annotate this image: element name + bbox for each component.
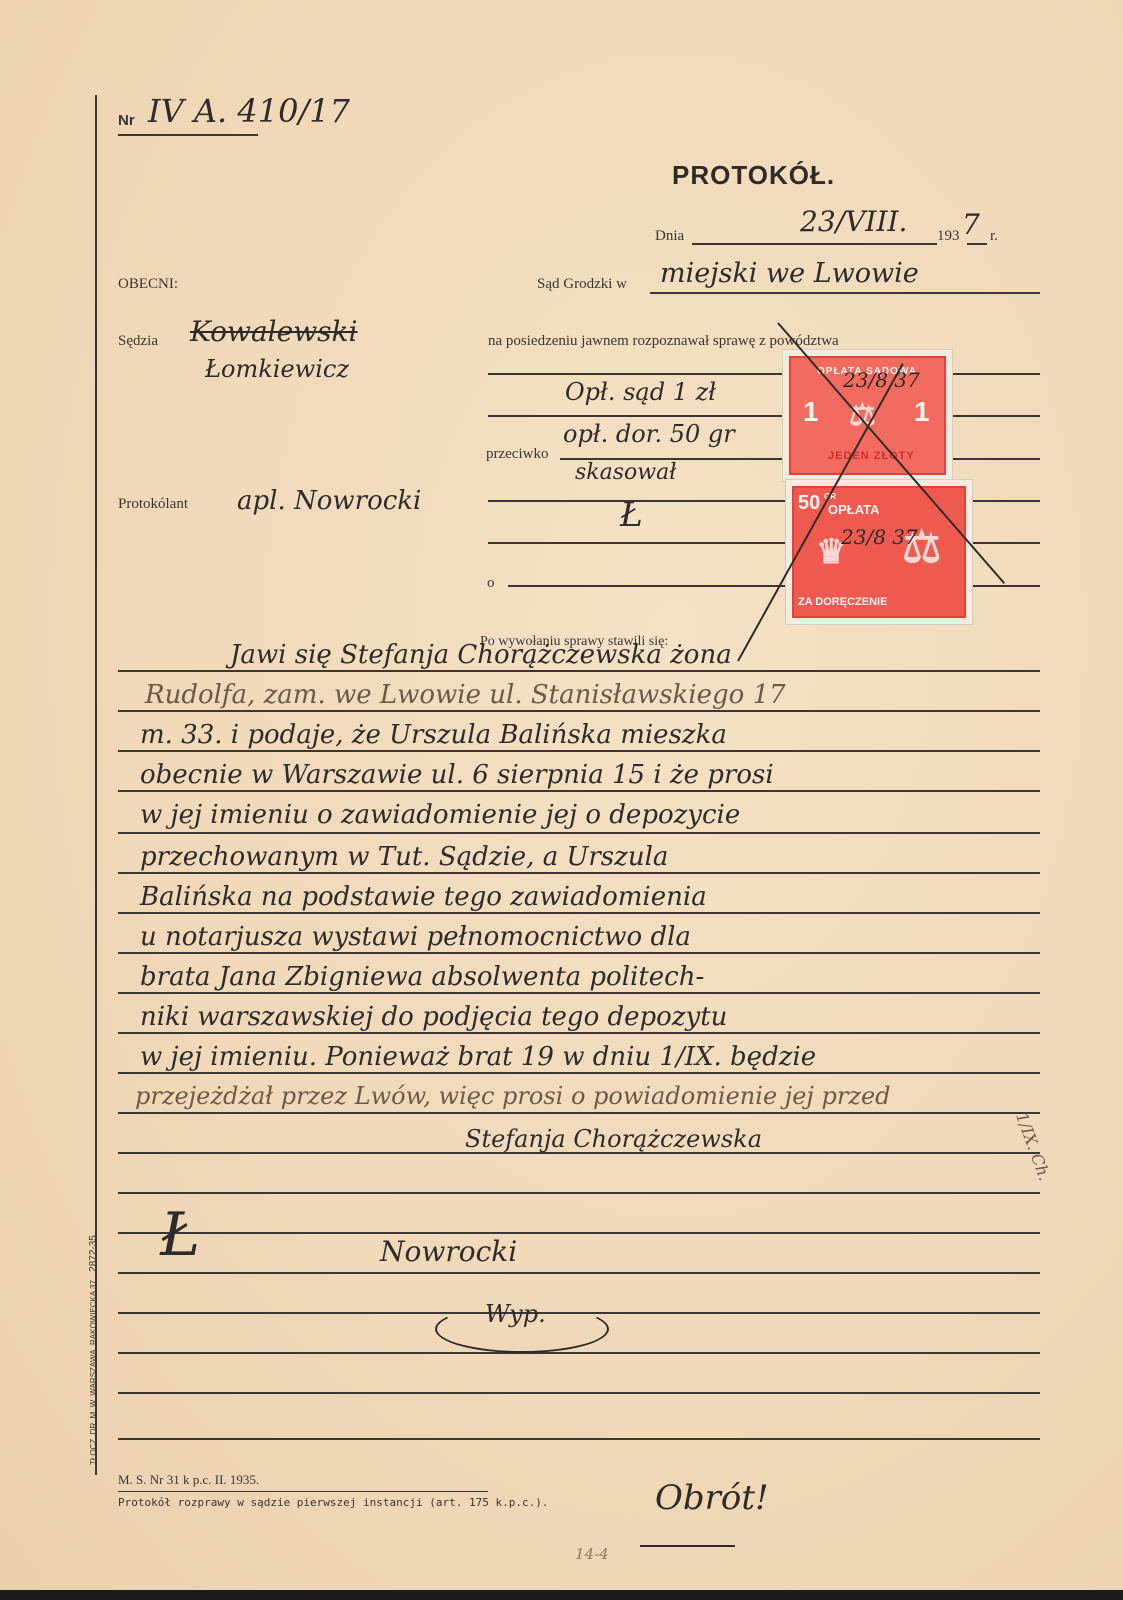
present-label: OBECNI: [118, 276, 178, 293]
fee-note-2: opł. dor. 50 gr [563, 420, 735, 448]
body-line: obecnie w Warszawie ul. 6 sierpnia 15 i … [140, 760, 774, 790]
rule-line [118, 832, 1040, 834]
case-number-underline [118, 134, 258, 136]
rule-line [118, 750, 1040, 752]
court-value: miejski we Lwowie [660, 258, 919, 289]
pencil-note: 14-4 [575, 1545, 609, 1563]
stamp-denomination-right: 1 [914, 396, 930, 428]
body-line: Jawi się Stefanja Chorążczewska żona [230, 640, 732, 670]
rule-line [118, 1438, 1040, 1440]
form-description: Protokół rozprawy w sądzie pierwszej ins… [118, 1496, 548, 1509]
judge-value: Łomkiewicz [205, 355, 349, 383]
form-code: M. S. Nr 31 k p.c. II. 1935. [118, 1472, 259, 1488]
closing-note-underline [640, 1545, 735, 1547]
document-page: Nr IV A. 410/17 PROTOKÓŁ. Dnia 23/VIII. … [0, 0, 1123, 1590]
page-title: PROTOKÓŁ. [672, 160, 835, 191]
body-line: w jej imieniu o zawiadomienie jej o depo… [140, 800, 740, 830]
rule-line [118, 1192, 1040, 1194]
stamp-cancel-mark: 23/8 37 [843, 368, 920, 392]
judge-initials-top: Ł [620, 495, 643, 535]
plaintiff-line-2 [488, 415, 1040, 417]
rule-line [118, 1272, 1040, 1274]
court-fee-stamp-1zl: OPŁATA SĄDOWA 1 1 JEDEN ZŁOTY ⚖ 23/8 37 [783, 350, 952, 481]
clerk-label: Protokólant [118, 496, 188, 513]
case-number-value: IV A. 410/17 [148, 92, 350, 130]
body-line: m. 33. i podaje, że Urszula Balińska mie… [140, 720, 727, 750]
wyp-mark: Wyp. [485, 1300, 546, 1328]
body-line: brata Jana Zbigniewa absolwenta politech… [140, 962, 704, 992]
body-line: u notarjusza wystawi pełnomocnictwo dla [140, 922, 691, 952]
rule-line [118, 1032, 1040, 1034]
session-text: na posiedzeniu jawnem rozpoznawał sprawę… [488, 333, 839, 350]
judge-label: Sędzia [118, 333, 158, 350]
rule-line [118, 670, 1040, 672]
body-line: przejeżdżał przez Lwów, więc prosi o pow… [135, 1082, 891, 1110]
court-label: Sąd Grodzki w [537, 276, 627, 293]
fee-note-3: skasował [575, 460, 676, 485]
rule-line [118, 1352, 1040, 1354]
year-prefix: 193 [937, 228, 960, 245]
date-value: 23/VIII. [800, 205, 907, 238]
body-line: Rudolfa, zam. we Lwowie ul. Stanisławski… [145, 680, 786, 710]
against-label: przeciwko [486, 446, 548, 463]
rule-line [118, 992, 1040, 994]
year-abbr: r. [990, 228, 998, 245]
rule-line [118, 1112, 1040, 1114]
judge-signature: Ł [160, 1200, 200, 1270]
rule-line [118, 710, 1040, 712]
applicant-signature: Stefanja Chorążczewska [465, 1125, 762, 1153]
date-line [692, 243, 937, 245]
rule-line [118, 1392, 1040, 1394]
court-line [650, 292, 1040, 294]
clerk-signature: Nowrocki [380, 1235, 517, 1268]
form-code-rule [118, 1491, 488, 1492]
year-suffix: 7 [962, 208, 980, 241]
rule-line [118, 872, 1040, 874]
rule-line [118, 1072, 1040, 1074]
plaintiff-line-1 [488, 373, 1040, 375]
rule-line [118, 912, 1040, 914]
about-label: o [487, 575, 495, 592]
rule-line [118, 952, 1040, 954]
rule-line [118, 790, 1040, 792]
body-line: niki warszawskiej do podjęcia tego depoz… [140, 1002, 727, 1032]
fee-note-1: Opł. sąd 1 zł [565, 378, 716, 406]
judge-struck: Kowalewski [190, 315, 357, 348]
clerk-value: apl. Nowrocki [237, 486, 421, 516]
case-number-label: Nr [118, 112, 135, 129]
body-line: w jej imieniu. Ponieważ brat 19 w dniu 1… [140, 1042, 816, 1072]
printer-imprint: TŁOCZ. DR. M. W. WARSZAWA, RAKOWIECKA 37… [88, 1232, 99, 1465]
closing-note: Obrót! [655, 1478, 769, 1518]
delivery-fee-stamp-50gr: 50 GR OPŁATA ZA DORĘCZENIE ♛ ⚖ 23/8 37 [786, 480, 972, 624]
year-line [967, 243, 987, 245]
stamp-denomination-left: 1 [803, 396, 819, 428]
stamp-cancel-mark: 23/8 37 [841, 525, 918, 549]
body-line: przechowanym w Tut. Sądzie, a Urszula [140, 842, 668, 872]
body-line: Balińska na podstawie tego zawiadomienia [140, 882, 707, 912]
margin-note: 1/IX. Ch. [1012, 1110, 1054, 1183]
date-label: Dnia [655, 228, 684, 245]
rule-line [118, 1232, 1040, 1234]
